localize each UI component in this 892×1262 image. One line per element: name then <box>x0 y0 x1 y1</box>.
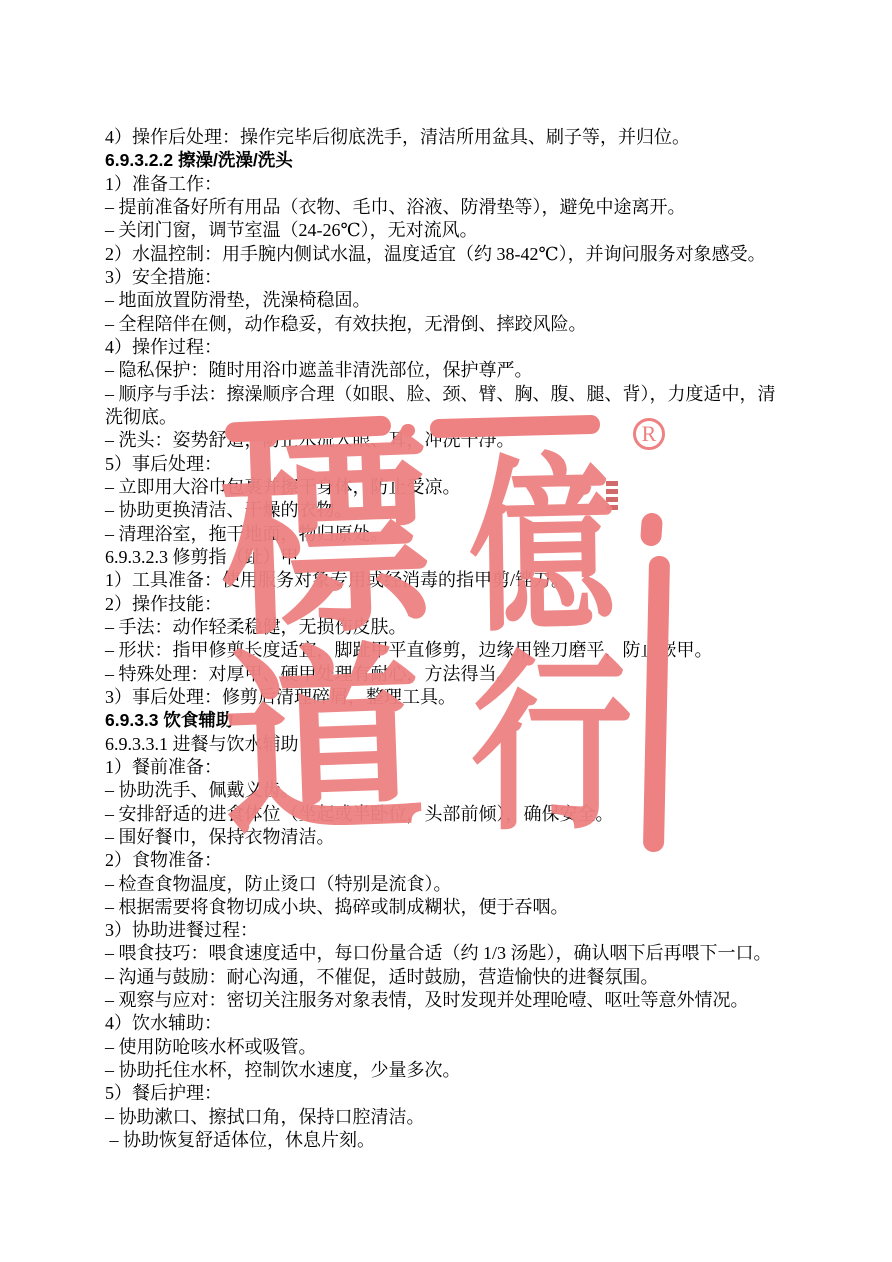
text-line: 洗彻底。 <box>105 406 776 429</box>
text-line: – 特殊处理：对厚甲、硬甲处理有耐心，方法得当。 <box>105 663 776 686</box>
text-line: 4）饮水辅助： <box>105 1012 776 1035</box>
text-line: 2）食物准备： <box>105 849 776 872</box>
text-line: – 顺序与手法：擦澡顺序合理（如眼、脸、颈、臂、胸、腹、腿、背），力度适中，清 <box>105 383 776 406</box>
text-line: 5）事后处理： <box>105 453 776 476</box>
text-line: 3）事后处理：修剪后清理碎屑，整理工具。 <box>105 686 776 709</box>
text-line: – 协助洗手、佩戴义齿。 <box>105 779 776 802</box>
text-line: – 协助漱口、擦拭口角，保持口腔清洁。 <box>105 1106 776 1129</box>
text-line: – 提前准备好所有用品（衣物、毛巾、浴液、防滑垫等），避免中途离开。 <box>105 196 776 219</box>
text-line: – 安排舒适的进食体位（坐起或半卧位，头部前倾），确保安全。 <box>105 803 776 826</box>
text-line: – 协助托住水杯，控制饮水速度，少量多次。 <box>105 1059 776 1082</box>
text-line: – 喂食技巧：喂食速度适中，每口份量合适（约 1/3 汤匙），确认咽下后再喂下一… <box>105 942 776 965</box>
text-line: – 检查食物温度，防止烫口（特别是流食）。 <box>105 873 776 896</box>
text-line: 5）餐后护理： <box>105 1082 776 1105</box>
text-line: 2）操作技能： <box>105 593 776 616</box>
text-line: – 围好餐巾，保持衣物清洁。 <box>105 826 776 849</box>
text-line: – 形状：指甲修剪长度适宜，脚趾甲平直修剪，边缘用锉刀磨平，防止嵌甲。 <box>105 639 776 662</box>
text-line: 6.9.3.2.3 修剪指（趾）甲 <box>105 546 776 569</box>
text-line: 6.9.3.3.1 进餐与饮水辅助 <box>105 733 776 756</box>
text-line: – 地面放置防滑垫，洗澡椅稳固。 <box>105 289 776 312</box>
text-line: – 使用防呛咳水杯或吸管。 <box>105 1036 776 1059</box>
text-line: – 隐私保护：随时用浴巾遮盖非清洗部位，保护尊严。 <box>105 359 776 382</box>
text-line: 3）安全措施： <box>105 266 776 289</box>
text-line: 3）协助进餐过程： <box>105 919 776 942</box>
text-line: 2）水温控制：用手腕内侧试水温，温度适宜（约 38-42℃），并询问服务对象感受… <box>105 243 776 266</box>
document-page: 4）操作后处理：操作完毕后彻底洗手，清洁所用盆具、刷子等，并归位。6.9.3.2… <box>0 0 892 1262</box>
text-line: – 观察与应对：密切关注服务对象表情，及时发现并处理呛噎、呕吐等意外情况。 <box>105 989 776 1012</box>
text-line: – 沟通与鼓励：耐心沟通，不催促，适时鼓励，营造愉快的进餐氛围。 <box>105 966 776 989</box>
text-line: – 手法：动作轻柔稳健，无损伤皮肤。 <box>105 616 776 639</box>
document-text-block: 4）操作后处理：操作完毕后彻底洗手，清洁所用盆具、刷子等，并归位。6.9.3.2… <box>105 126 776 1152</box>
text-line: 1）餐前准备： <box>105 756 776 779</box>
text-line: – 协助更换清洁、干燥的衣物。 <box>105 499 776 522</box>
text-line: – 关闭门窗，调节室温（24-26℃），无对流风。 <box>105 219 776 242</box>
text-line: – 根据需要将食物切成小块、捣碎或制成糊状，便于吞咽。 <box>105 896 776 919</box>
text-line: – 洗头：姿势舒适，防止水流入眼、耳，冲洗干净。 <box>105 429 776 452</box>
text-line: 4）操作过程： <box>105 336 776 359</box>
text-line: – 协助恢复舒适体位，休息片刻。 <box>105 1129 776 1152</box>
text-line: – 全程陪伴在侧，动作稳妥，有效扶抱，无滑倒、摔跤风险。 <box>105 313 776 336</box>
heading-line: 6.9.3.3 饮食辅助 <box>105 709 776 732</box>
text-line: – 立即用大浴巾包裹并擦干身体，防止受凉。 <box>105 476 776 499</box>
text-line: 4）操作后处理：操作完毕后彻底洗手，清洁所用盆具、刷子等，并归位。 <box>105 126 776 149</box>
text-line: – 清理浴室，拖干地面，物归原处。 <box>105 523 776 546</box>
heading-line: 6.9.3.2.2 擦澡/洗澡/洗头 <box>105 149 776 172</box>
text-line: 1）工具准备：使用服务对象专用或经消毒的指甲剪/锉刀。 <box>105 569 776 592</box>
text-line: 1）准备工作： <box>105 173 776 196</box>
